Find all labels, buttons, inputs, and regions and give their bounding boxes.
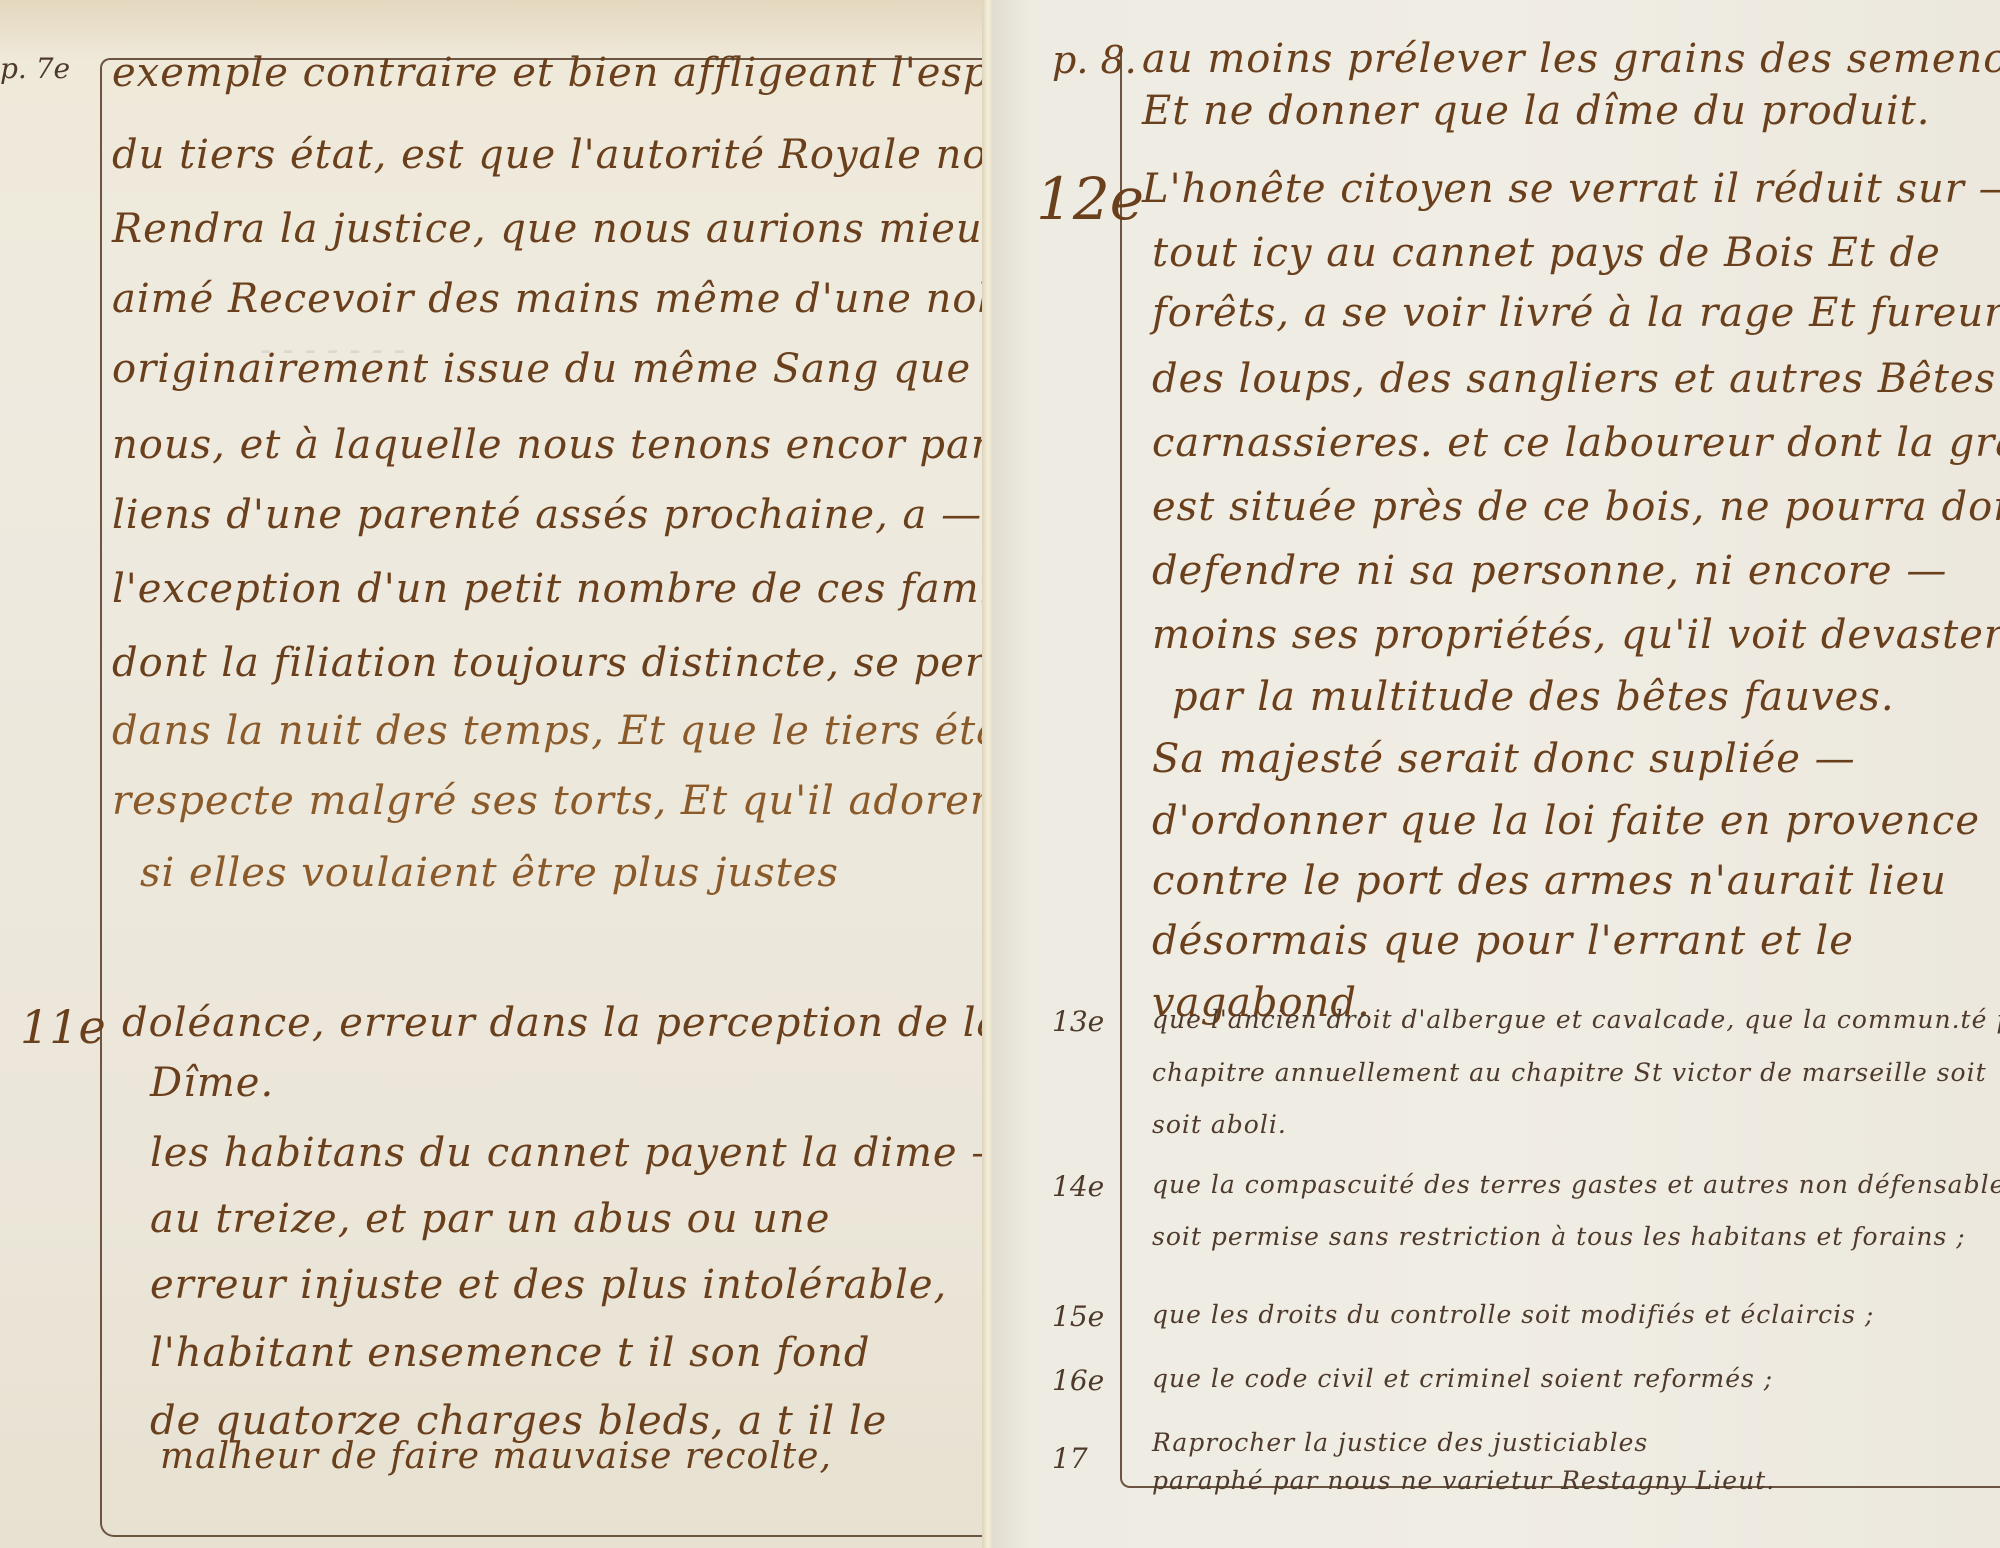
text-line: chapitre annuellement au chapitre St vic… [1152,1058,1987,1087]
article-number-17: 17 [1052,1442,1088,1475]
article-number-13: 13e [1052,1005,1104,1038]
article-number-14: 14e [1052,1170,1104,1203]
text-line: soit aboli. [1152,1110,1287,1139]
signature-line: paraphé par nous ne varietur Restagny Li… [1152,1466,1775,1495]
text-line: defendre ni sa personne, ni encore — [1152,548,1947,594]
text-line: des loups, des sangliers et autres Bêtes [1152,356,1996,402]
text-line: moins ses propriétés, qu'il voit devaste… [1152,612,2000,658]
article-number-16: 16e [1052,1364,1104,1397]
text-line: par la multitude des bêtes fauves. [1172,674,1895,720]
text-line: désormais que pour l'errant et le [1152,918,1854,964]
text-line: carnassieres. et ce laboureur dont la gr… [1152,420,2000,466]
text-line: Raprocher la justice des justiciables [1152,1428,1648,1457]
text-line: au moins prélever les grains des semence… [1142,36,2000,82]
text-line: d'ordonner que la loi faite en provence [1152,798,1980,844]
article-number-15: 15e [1052,1300,1104,1333]
page-marker: p. 8. [1052,38,1137,82]
right-page: p. 8. au moins prélever les grains des s… [992,0,2000,1548]
text-line: soit permise sans restriction à tous les… [1152,1222,1966,1251]
text-line: que le code civil et criminel soient ref… [1152,1364,1773,1393]
text-line: que les droits du controlle soit modifié… [1152,1300,1874,1329]
text-line: est située près de ce bois, ne pourra do… [1152,484,2000,530]
text-line: Sa majesté serait donc supliée — [1152,736,1856,782]
text-line: que la compascuité des terres gastes et … [1152,1170,2000,1199]
text-line: que l'ancien droit d'albergue et cavalca… [1152,1005,2000,1034]
text-line: forêts, a se voir livré à la rage Et fur… [1152,290,2000,336]
text-line: Et ne donner que la dîme du produit. [1142,88,1931,134]
text-line: malheur de faire mauvaise recolte, [160,1436,832,1477]
text-line: L'honête citoyen se verrat il réduit sur… [1142,166,2000,212]
text-line: tout icy au cannet pays de Bois Et de [1152,230,1941,276]
article-number-12: 12e [1036,165,1144,233]
left-page-lower-text: malheur de faire mauvaise recolte, [0,0,992,1548]
text-line: contre le port des armes n'aurait lieu [1152,858,1947,904]
